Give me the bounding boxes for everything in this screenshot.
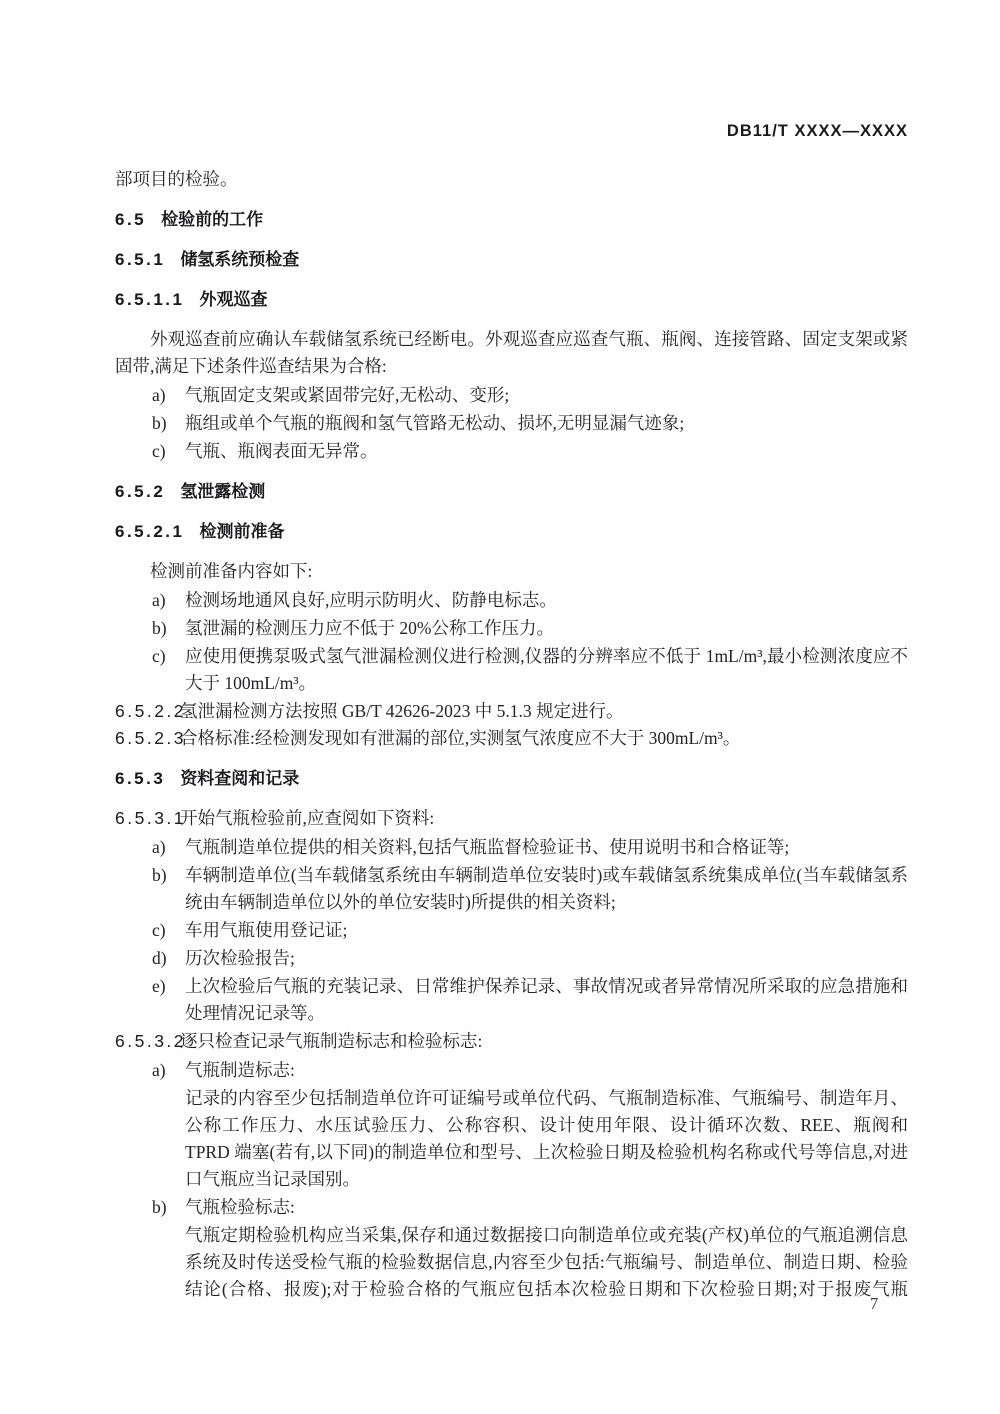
clause-6-5-3-2: 6.5.3.2 逐只检查记录气瓶制造标志和检验标志:: [115, 1028, 908, 1055]
list-item: a) 气瓶固定支架或紧固带完好,无松动、变形;: [152, 382, 908, 409]
list-item: b) 车辆制造单位(当车载储氢系统由车辆制造单位安装时)或车载储氢系统集成单位(…: [152, 862, 908, 916]
list-item-text: 气瓶、瓶阀表面无异常。: [185, 438, 908, 465]
clause-number: 6.5.2.3: [115, 725, 180, 752]
list-item: c) 车用气瓶使用登记证;: [152, 917, 908, 944]
list-item-detail: 气瓶定期检验机构应当采集,保存和通过数据接口向制造单位或充装(产权)单位的气瓶追…: [185, 1222, 908, 1303]
clause-number: 6.5.2.2: [115, 698, 180, 725]
list-item-text: 气瓶固定支架或紧固带完好,无松动、变形;: [185, 382, 908, 409]
clause-text: 合格标准:经检测发现如有泄漏的部位,实测氢气浓度应不大于 300mL/m³。: [180, 725, 908, 752]
paragraph-visual-inspection: 外观巡查前应确认车载储氢系统已经断电。外观巡查应巡查气瓶、瓶阀、连接管路、固定支…: [115, 326, 908, 380]
list-item-title: 气瓶制造标志:: [185, 1057, 908, 1084]
heading-number: 6.5.3: [115, 769, 165, 788]
list-item: a) 气瓶制造标志:: [152, 1057, 908, 1084]
heading-6-5-3: 6.5.3资料查阅和记录: [115, 765, 908, 792]
heading-title: 检测前准备: [200, 522, 285, 541]
list-item: b) 氢泄漏的检测压力应不低于 20%公称工作压力。: [152, 615, 908, 642]
continuation-text: 部项目的检验。: [115, 166, 908, 193]
list-item-text: 车用气瓶使用登记证;: [185, 917, 908, 944]
list-item-text: 上次检验后气瓶的充装记录、日常维护保养记录、事故情况或者异常情况所采取的应急措施…: [185, 973, 908, 1027]
clause-6-5-3-1: 6.5.3.1 开始气瓶检验前,应查阅如下资料:: [115, 805, 908, 832]
list-item-label: c): [152, 643, 185, 697]
document-page: DB11/T XXXX—XXXX 部项目的检验。 6.5检验前的工作 6.5.1…: [0, 0, 1000, 1414]
doc-number: DB11/T XXXX—XXXX: [727, 122, 908, 140]
list-item-text: 瓶组或单个气瓶的瓶阀和氢气管路无松动、损坏,无明显漏气迹象;: [185, 410, 908, 437]
list-item-text: 车辆制造单位(当车载储氢系统由车辆制造单位安装时)或车载储氢系统集成单位(当车载…: [185, 862, 908, 916]
heading-6-5: 6.5检验前的工作: [115, 206, 908, 233]
list-item: d) 历次检验报告;: [152, 945, 908, 972]
heading-number: 6.5.1: [115, 250, 165, 269]
list-item-label: a): [152, 834, 185, 861]
list-documents: a) 气瓶制造单位提供的相关资料,包括气瓶监督检验证书、使用说明书和合格证等; …: [115, 834, 908, 1027]
clause-number: 6.5.3.2: [115, 1028, 180, 1055]
list-item: c) 气瓶、瓶阀表面无异常。: [152, 438, 908, 465]
clause-6-5-2-2: 6.5.2.2 氢泄漏检测方法按照 GB/T 42626-2023 中 5.1.…: [115, 698, 908, 725]
heading-number: 6.5: [115, 210, 146, 229]
page-number: 7: [870, 1290, 878, 1317]
list-item: a) 气瓶制造单位提供的相关资料,包括气瓶监督检验证书、使用说明书和合格证等;: [152, 834, 908, 861]
heading-number: 6.5.2.1: [115, 522, 185, 541]
paragraph-prep-intro: 检测前准备内容如下:: [115, 558, 908, 585]
list-item-label: a): [152, 587, 185, 614]
list-item-title: 气瓶检验标志:: [185, 1194, 908, 1221]
list-item-text: 检测场地通风良好,应明示防明火、防静电标志。: [185, 587, 908, 614]
list-item: a) 检测场地通风良好,应明示防明火、防静电标志。: [152, 587, 908, 614]
doc-header: DB11/T XXXX—XXXX: [115, 122, 908, 140]
list-item: c) 应使用便携泵吸式氢气泄漏检测仪进行检测,仪器的分辨率应不低于 1mL/m³…: [152, 643, 908, 697]
heading-6-5-1-1: 6.5.1.1外观巡查: [115, 286, 908, 313]
list-item-label: a): [152, 382, 185, 409]
heading-title: 氢泄露检测: [180, 482, 265, 501]
list-item-text: 氢泄漏的检测压力应不低于 20%公称工作压力。: [185, 615, 908, 642]
list-item-label: c): [152, 917, 185, 944]
list-item: e) 上次检验后气瓶的充装记录、日常维护保养记录、事故情况或者异常情况所采取的应…: [152, 973, 908, 1027]
list-item: b) 气瓶检验标志:: [152, 1194, 908, 1221]
list-item-label: e): [152, 973, 185, 1027]
list-item-label: b): [152, 410, 185, 437]
list-item-text: 应使用便携泵吸式氢气泄漏检测仪进行检测,仪器的分辨率应不低于 1mL/m³,最小…: [185, 643, 908, 697]
heading-6-5-2-1: 6.5.2.1检测前准备: [115, 518, 908, 545]
list-item: b) 瓶组或单个气瓶的瓶阀和氢气管路无松动、损坏,无明显漏气迹象;: [152, 410, 908, 437]
list-item-label: b): [152, 1194, 185, 1221]
heading-title: 检验前的工作: [161, 210, 263, 229]
heading-6-5-2: 6.5.2氢泄露检测: [115, 478, 908, 505]
list-item-label: b): [152, 615, 185, 642]
list-item-label: b): [152, 862, 185, 916]
clause-text: 开始气瓶检验前,应查阅如下资料:: [180, 805, 908, 832]
heading-title: 储氢系统预检查: [180, 250, 299, 269]
list-item-text: 气瓶制造单位提供的相关资料,包括气瓶监督检验证书、使用说明书和合格证等;: [185, 834, 908, 861]
heading-title: 外观巡查: [200, 290, 268, 309]
list-item-detail: 记录的内容至少包括制造单位许可证编号或单位代码、气瓶制造标准、气瓶编号、制造年月…: [185, 1085, 908, 1193]
clause-text: 逐只检查记录气瓶制造标志和检验标志:: [180, 1028, 908, 1055]
list-marks: a) 气瓶制造标志: 记录的内容至少包括制造单位许可证编号或单位代码、气瓶制造标…: [115, 1057, 908, 1303]
clause-6-5-2-3: 6.5.2.3 合格标准:经检测发现如有泄漏的部位,实测氢气浓度应不大于 300…: [115, 725, 908, 752]
heading-title: 资料查阅和记录: [180, 769, 299, 788]
heading-number: 6.5.2: [115, 482, 165, 501]
heading-number: 6.5.1.1: [115, 290, 185, 309]
list-prep: a) 检测场地通风良好,应明示防明火、防静电标志。 b) 氢泄漏的检测压力应不低…: [115, 587, 908, 697]
list-item-label: c): [152, 438, 185, 465]
list-item-text: 历次检验报告;: [185, 945, 908, 972]
clause-text: 氢泄漏检测方法按照 GB/T 42626-2023 中 5.1.3 规定进行。: [180, 698, 908, 725]
heading-6-5-1: 6.5.1储氢系统预检查: [115, 246, 908, 273]
list-item-label: d): [152, 945, 185, 972]
list-visual-inspection: a) 气瓶固定支架或紧固带完好,无松动、变形; b) 瓶组或单个气瓶的瓶阀和氢气…: [115, 382, 908, 465]
clause-number: 6.5.3.1: [115, 805, 180, 832]
list-item-label: a): [152, 1057, 185, 1084]
